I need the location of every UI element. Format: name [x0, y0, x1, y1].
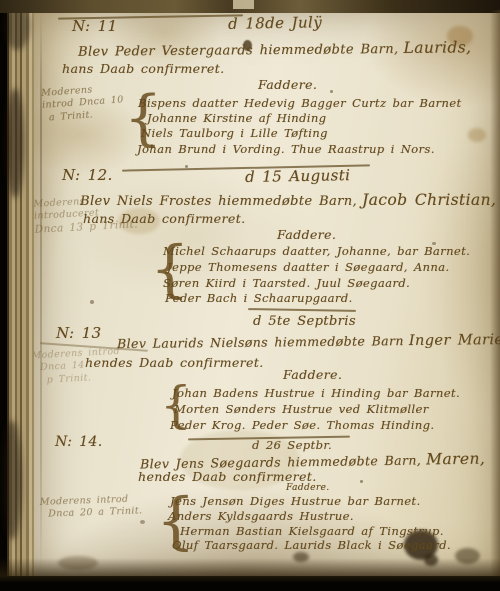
faddere-line: Johan Brund i Vording. Thue Raastrup i N…: [137, 143, 435, 156]
faddere-line: Peder Krog. Peder Søe. Thomas Hinding.: [170, 419, 434, 432]
speck: [360, 480, 363, 483]
table-edge-bottom: [0, 576, 500, 591]
child-name: Maren,: [426, 450, 485, 469]
child-name: Inger Marie,: [409, 332, 500, 349]
page-right-edge: [490, 10, 500, 577]
stain: [468, 128, 486, 142]
faddere-line: Jens Jensøn Diges Hustrue bar Barnet.: [170, 495, 421, 508]
entry-number: N: 12.: [62, 167, 113, 184]
speck: [140, 520, 145, 524]
entry-date-heading: d 18de Julÿ: [228, 14, 322, 33]
faddere-line: Johan Badens Hustrue i Hinding bar Barne…: [172, 387, 460, 400]
binding-shadow: [6, 88, 24, 198]
entry-intro: Blev Peder Vestergaards hiemmedøbte Barn…: [78, 42, 399, 60]
margin-note: Moderens introd Dnca 14 p Trinit.: [31, 346, 121, 388]
faddere-line: Jeppe Thomesens daatter i Søegaard, Anna…: [167, 261, 449, 274]
entry-body-line: Blev Niels Frostes hiemmedøbte Barn,Jaco…: [80, 192, 496, 210]
faddere-line: Søren Kiird i Taarsted. Juul Søegaard.: [163, 277, 410, 290]
binding-shadow: [2, 420, 22, 540]
entry-date-heading: d 15 Augusti: [245, 167, 351, 186]
faddere-line: Peder Bach i Schaarupgaard.: [165, 292, 353, 305]
faddere-label: Faddere.: [258, 78, 317, 92]
entry-confirm-line: hans Daab confirmeret.: [62, 62, 224, 76]
faddere-line: Michel Schaarups daatter, Johanne, bar B…: [163, 245, 470, 258]
speck: [90, 300, 94, 304]
faddere-label: Faddere.: [283, 368, 342, 382]
entry-number: N: 14.: [55, 434, 103, 450]
entry-date-heading: d 26 Septbr.: [252, 439, 332, 452]
faddere-line: Niels Taulborg i Lille Tøfting: [141, 127, 328, 140]
speck: [330, 90, 333, 93]
entry-date-heading: d 5te Septbris: [253, 315, 356, 330]
entry-number: N: 11: [72, 18, 118, 35]
faddere-line: Oluf Taarsgaard. Laurids Black i Søegaar…: [172, 539, 451, 552]
faddere-line: Bispens daatter Hedevig Bagger Curtz bar…: [138, 97, 461, 110]
table-edge-gap: [233, 0, 254, 9]
faddere-line: Anders Kyldsgaards Hustrue.: [168, 510, 354, 523]
entry-intro: Blev Laurids Nielsøns hiemmedøbte Barn: [117, 333, 404, 351]
faddere-label: Faddere.: [277, 228, 336, 242]
entry-body-line: Blev Peder Vestergaards hiemmedøbte Barn…: [78, 39, 472, 60]
margin-note: Moderens introd Dnca 10 a Trinit.: [41, 82, 125, 125]
faddere-line: Morten Sønders Hustrue ved Klitmøller: [174, 403, 429, 416]
manuscript-photo: N: 11 d 18de Julÿ Blev Peder Vestergaard…: [0, 0, 500, 591]
margin-note: Moderens introd Dnca 20 a Trinit.: [40, 493, 143, 521]
faddere-line: Herman Bastian Kielsgaard af Tingstrup.: [180, 525, 444, 538]
child-name: Jacob Christian,: [362, 191, 496, 209]
page-bottom-shadow: [0, 558, 500, 578]
margin-note: Moderens introduceret Dnca 13 p Trinit.: [33, 193, 138, 237]
faddere-label: Faddere.: [286, 483, 330, 493]
child-name: Laurids,: [403, 38, 471, 57]
faddere-line: Johanne Kirstine af Hinding: [147, 112, 326, 125]
entry-number: N: 13: [56, 325, 102, 342]
